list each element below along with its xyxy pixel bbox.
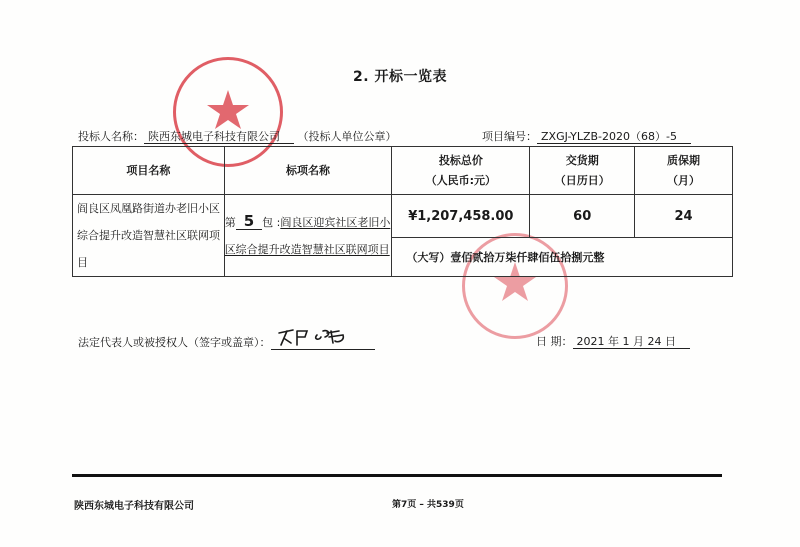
bidder-label: 投标人名称： — [78, 130, 144, 143]
date-value: 2021 年 1 月 24 日 — [573, 336, 690, 349]
footer-page-info: 第7页 – 共539页 — [392, 497, 464, 510]
handwritten-signature-icon — [273, 325, 377, 347]
cell-total-price: ¥1,207,458.00 — [392, 195, 530, 238]
table-header-row: 项目名称 标项名称 投标总价 （人民币:元） 交货期 （日历日） 质保期 （月） — [73, 147, 733, 195]
header-project-name: 项目名称 — [73, 147, 225, 195]
bid-opening-table: 项目名称 标项名称 投标总价 （人民币:元） 交货期 （日历日） 质保期 （月）… — [72, 146, 733, 277]
date-label: 日 期： — [536, 335, 573, 348]
cell-price-in-words: （大写）壹佰贰拾万柒仟肆佰伍拾捌元整 — [392, 238, 733, 277]
project-number-line: 项目编号：ZXGJ-YLZB-2020（68）-5 — [482, 128, 691, 144]
signature-label: 法定代表人或被授权人（签字或盖章）： — [78, 336, 271, 349]
cell-lot-name: 第5包 :阎良区迎宾社区老旧小区综合提升改造智慧社区联网项目 — [224, 195, 392, 277]
project-number-label: 项目编号： — [482, 130, 537, 143]
project-number: ZXGJ-YLZB-2020（68）-5 — [537, 131, 691, 144]
header-warranty: 质保期 （月） — [635, 147, 733, 195]
header-delivery: 交货期 （日历日） — [530, 147, 635, 195]
header-total-price: 投标总价 （人民币:元） — [392, 147, 530, 195]
cell-delivery-days: 60 — [530, 195, 635, 238]
cell-warranty-months: 24 — [635, 195, 733, 238]
signature-field — [271, 333, 375, 350]
signature-line: 法定代表人或被授权人（签字或盖章）： — [78, 333, 375, 350]
footer-company: 陕西东城电子科技有限公司 — [74, 497, 194, 512]
bidder-seal-note: （投标人单位公章） — [298, 130, 397, 143]
footer-divider — [72, 474, 722, 477]
header-lot-name: 标项名称 — [224, 147, 392, 195]
date-line: 日 期：2021 年 1 月 24 日 — [536, 333, 690, 349]
table-row: 阎良区凤凰路街道办老旧小区综合提升改造智慧社区联网项目 第5包 :阎良区迎宾社区… — [73, 195, 733, 238]
page-title: 2. 开标一览表 — [0, 66, 800, 86]
bidder-line: 投标人名称：陕西东城电子科技有限公司 （投标人单位公章） — [78, 128, 397, 144]
cell-project-name: 阎良区凤凰路街道办老旧小区综合提升改造智慧社区联网项目 — [73, 195, 225, 277]
bidder-name: 陕西东城电子科技有限公司 — [144, 131, 294, 144]
lot-number: 5 — [236, 213, 262, 230]
